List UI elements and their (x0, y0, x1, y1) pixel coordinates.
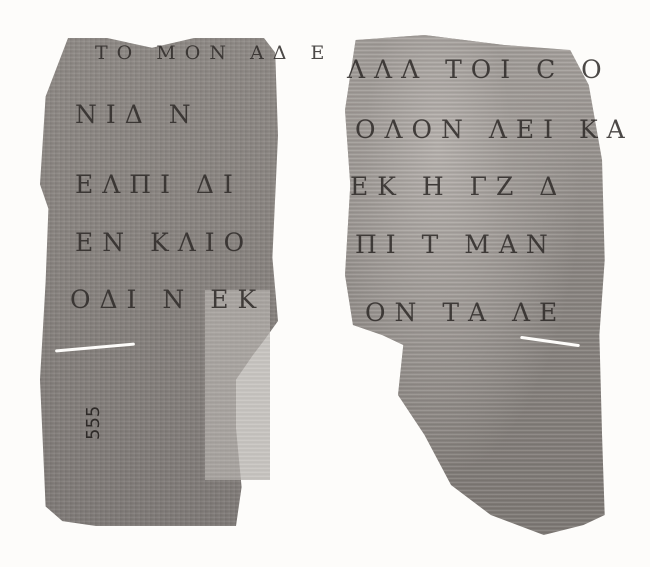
margin-annotation: 555 (83, 406, 104, 440)
right-line-5: ΟΝ ΤΑ ΛΕ (365, 298, 566, 327)
papyrus-photograph: ΤΟ ΜΟΝ ΑΔ Ε ΝΙΔ Ν ΕΛΠΙ ΔΙ ΕΝ ΚΛΙΟ ΟΔΙ Ν … (0, 0, 650, 567)
left-line-4: ΕΝ ΚΛΙΟ (75, 228, 253, 257)
right-line-2: ΟΛΟΝ ΛΕΙ ΚΑ (355, 115, 634, 144)
left-line-1: ΤΟ ΜΟΝ ΑΔ Ε (95, 42, 333, 64)
left-line-3: ΕΛΠΙ ΔΙ (75, 170, 242, 199)
left-line-5: ΟΔΙ Ν ΕΚ (70, 285, 265, 314)
left-fragment-lighter-patch (205, 290, 270, 480)
right-line-4: ΠΙ Τ ΜΑΝ (355, 230, 557, 259)
left-line-2: ΝΙΔ Ν (75, 100, 200, 129)
right-line-1: ΛΛΛ ΤΟΙ C Ο (347, 55, 611, 84)
right-papyrus-fragment (345, 35, 610, 535)
right-line-3: ΕΚ Η ΓΖ Δ (350, 172, 566, 201)
